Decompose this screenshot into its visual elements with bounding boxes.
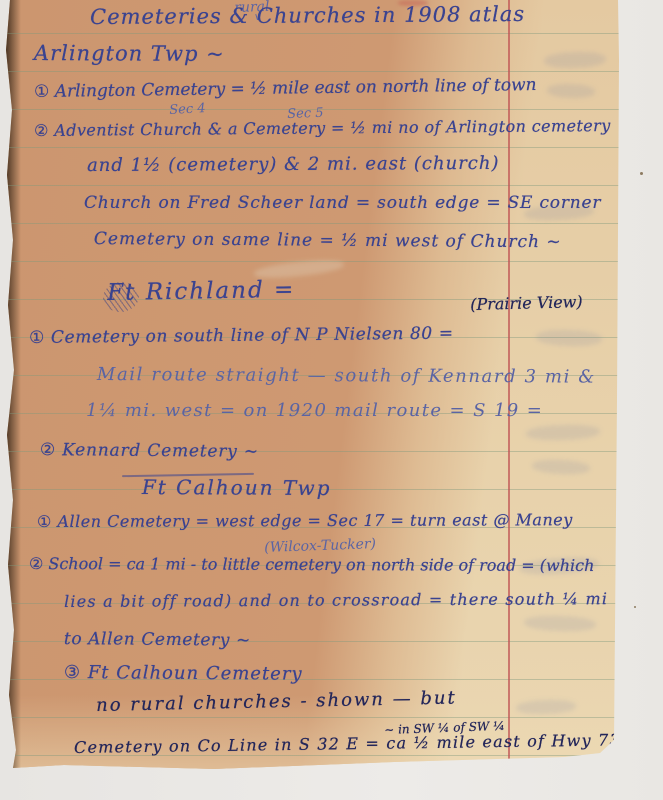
arlington-item-2-cemetery-note: Cemetery on same line = ½ mi west of Chu… <box>94 231 562 252</box>
arlington-item-2-cont: and 1½ (cemetery) & 2 mi. east (church) <box>87 155 500 176</box>
dust-speck <box>640 172 643 175</box>
prairie-view-note: (Prairie View) <box>470 294 583 314</box>
page-title: Cemeteries & Churches in 1908 atlas <box>90 3 525 28</box>
calhoun-item-2-cont2: to Allen Cemetery ~ <box>64 631 251 650</box>
richland-item-1-cont: Mail route straight — south of Kennard 3… <box>97 366 596 388</box>
arlington-township-heading: Arlington Twp ~ <box>34 42 225 65</box>
calhoun-item-1: ① Allen Cemetery = west edge = Sec 17 = … <box>37 512 573 531</box>
calhoun-item-2: ② School = ca 1 mi - to little cemetery … <box>29 556 595 575</box>
richland-item-2: ② Kennard Cemetery ~ <box>40 442 259 462</box>
notebook-page: rural ∨ Cemeteries & Churches in 1908 at… <box>4 0 621 772</box>
calhoun-item-3: ③ Ft Calhoun Cemetery <box>64 664 303 685</box>
red-smudge-mark <box>398 0 428 6</box>
calhoun-township-heading: Ft Calhoun Twp <box>142 477 332 499</box>
scanner-background: rural ∨ Cemeteries & Churches in 1908 at… <box>0 0 663 800</box>
calhoun-item-2-cont: lies a bit off road) and on to crossroad… <box>64 591 608 611</box>
arlington-item-2-church-note: Church on Fred Scheer land = south edge … <box>84 195 601 213</box>
dust-speck <box>634 606 636 608</box>
richland-item-1-cont2: 1¼ mi. west = on 1920 mail route = S 19 … <box>86 402 543 421</box>
sec4-annotation: Sec 4 <box>169 102 206 118</box>
